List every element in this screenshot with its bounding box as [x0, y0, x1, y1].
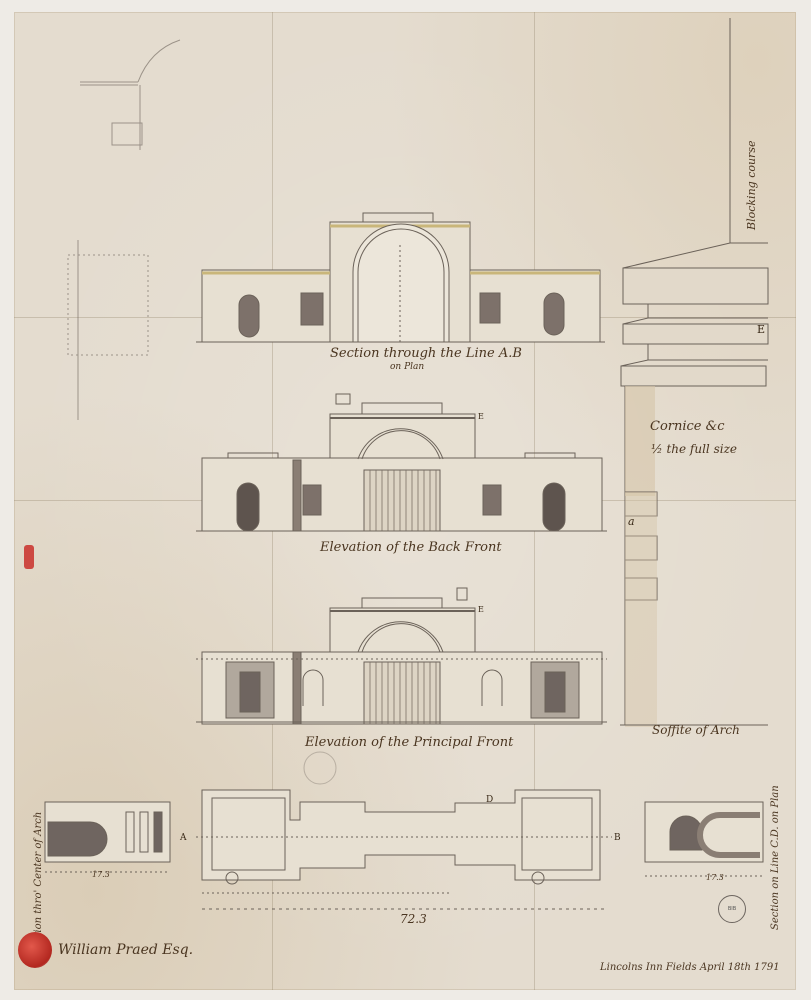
client-signature: William Praed Esq.: [58, 942, 193, 958]
drawing-canvas: E E E a A B D: [0, 0, 811, 1000]
marker-e-back: E: [478, 412, 484, 421]
marker-d-plan: D: [486, 795, 493, 805]
cornice-caption: Cornice &c: [650, 419, 724, 434]
left-section-dim: 17.3: [92, 870, 110, 879]
marker-a-plan: A: [179, 833, 187, 843]
cornice-scale: ½ the full size: [651, 442, 737, 456]
plan-overall-dim: 72.3: [400, 912, 427, 926]
place-date: Lincolns Inn Fields April 18th 1791: [600, 962, 780, 973]
cornice-detail-drawing: [620, 18, 768, 727]
principal-elevation-caption: Elevation of the Principal Front: [305, 735, 513, 750]
back-elevation-drawing: [196, 394, 607, 531]
section-subcaption: on Plan: [390, 362, 424, 372]
marker-e-cornice: E: [757, 323, 765, 336]
back-elevation-caption: Elevation of the Back Front: [320, 540, 502, 555]
marker-a: a: [628, 515, 635, 528]
library-stamp: BIB: [718, 895, 746, 923]
right-section-dim: 17.3: [706, 873, 724, 882]
marker-b-plan: B: [614, 833, 621, 843]
red-wax-seal: [18, 932, 52, 968]
pencil-sketch: [68, 40, 180, 420]
blocking-course-label: Blocking course: [745, 141, 758, 230]
soffite-caption: Soffite of Arch: [652, 723, 740, 737]
plan-drawing: [196, 752, 612, 909]
principal-elevation-drawing: [196, 588, 607, 724]
right-section-drawing: [645, 802, 763, 876]
left-section-drawing: [45, 802, 170, 872]
section-caption: Section through the Line A.B: [330, 346, 522, 361]
red-mark: [24, 545, 34, 569]
right-section-caption: Section on Line C.D. on Plan: [770, 785, 781, 930]
section-drawing: [196, 213, 605, 342]
marker-e-principal: E: [478, 605, 484, 614]
